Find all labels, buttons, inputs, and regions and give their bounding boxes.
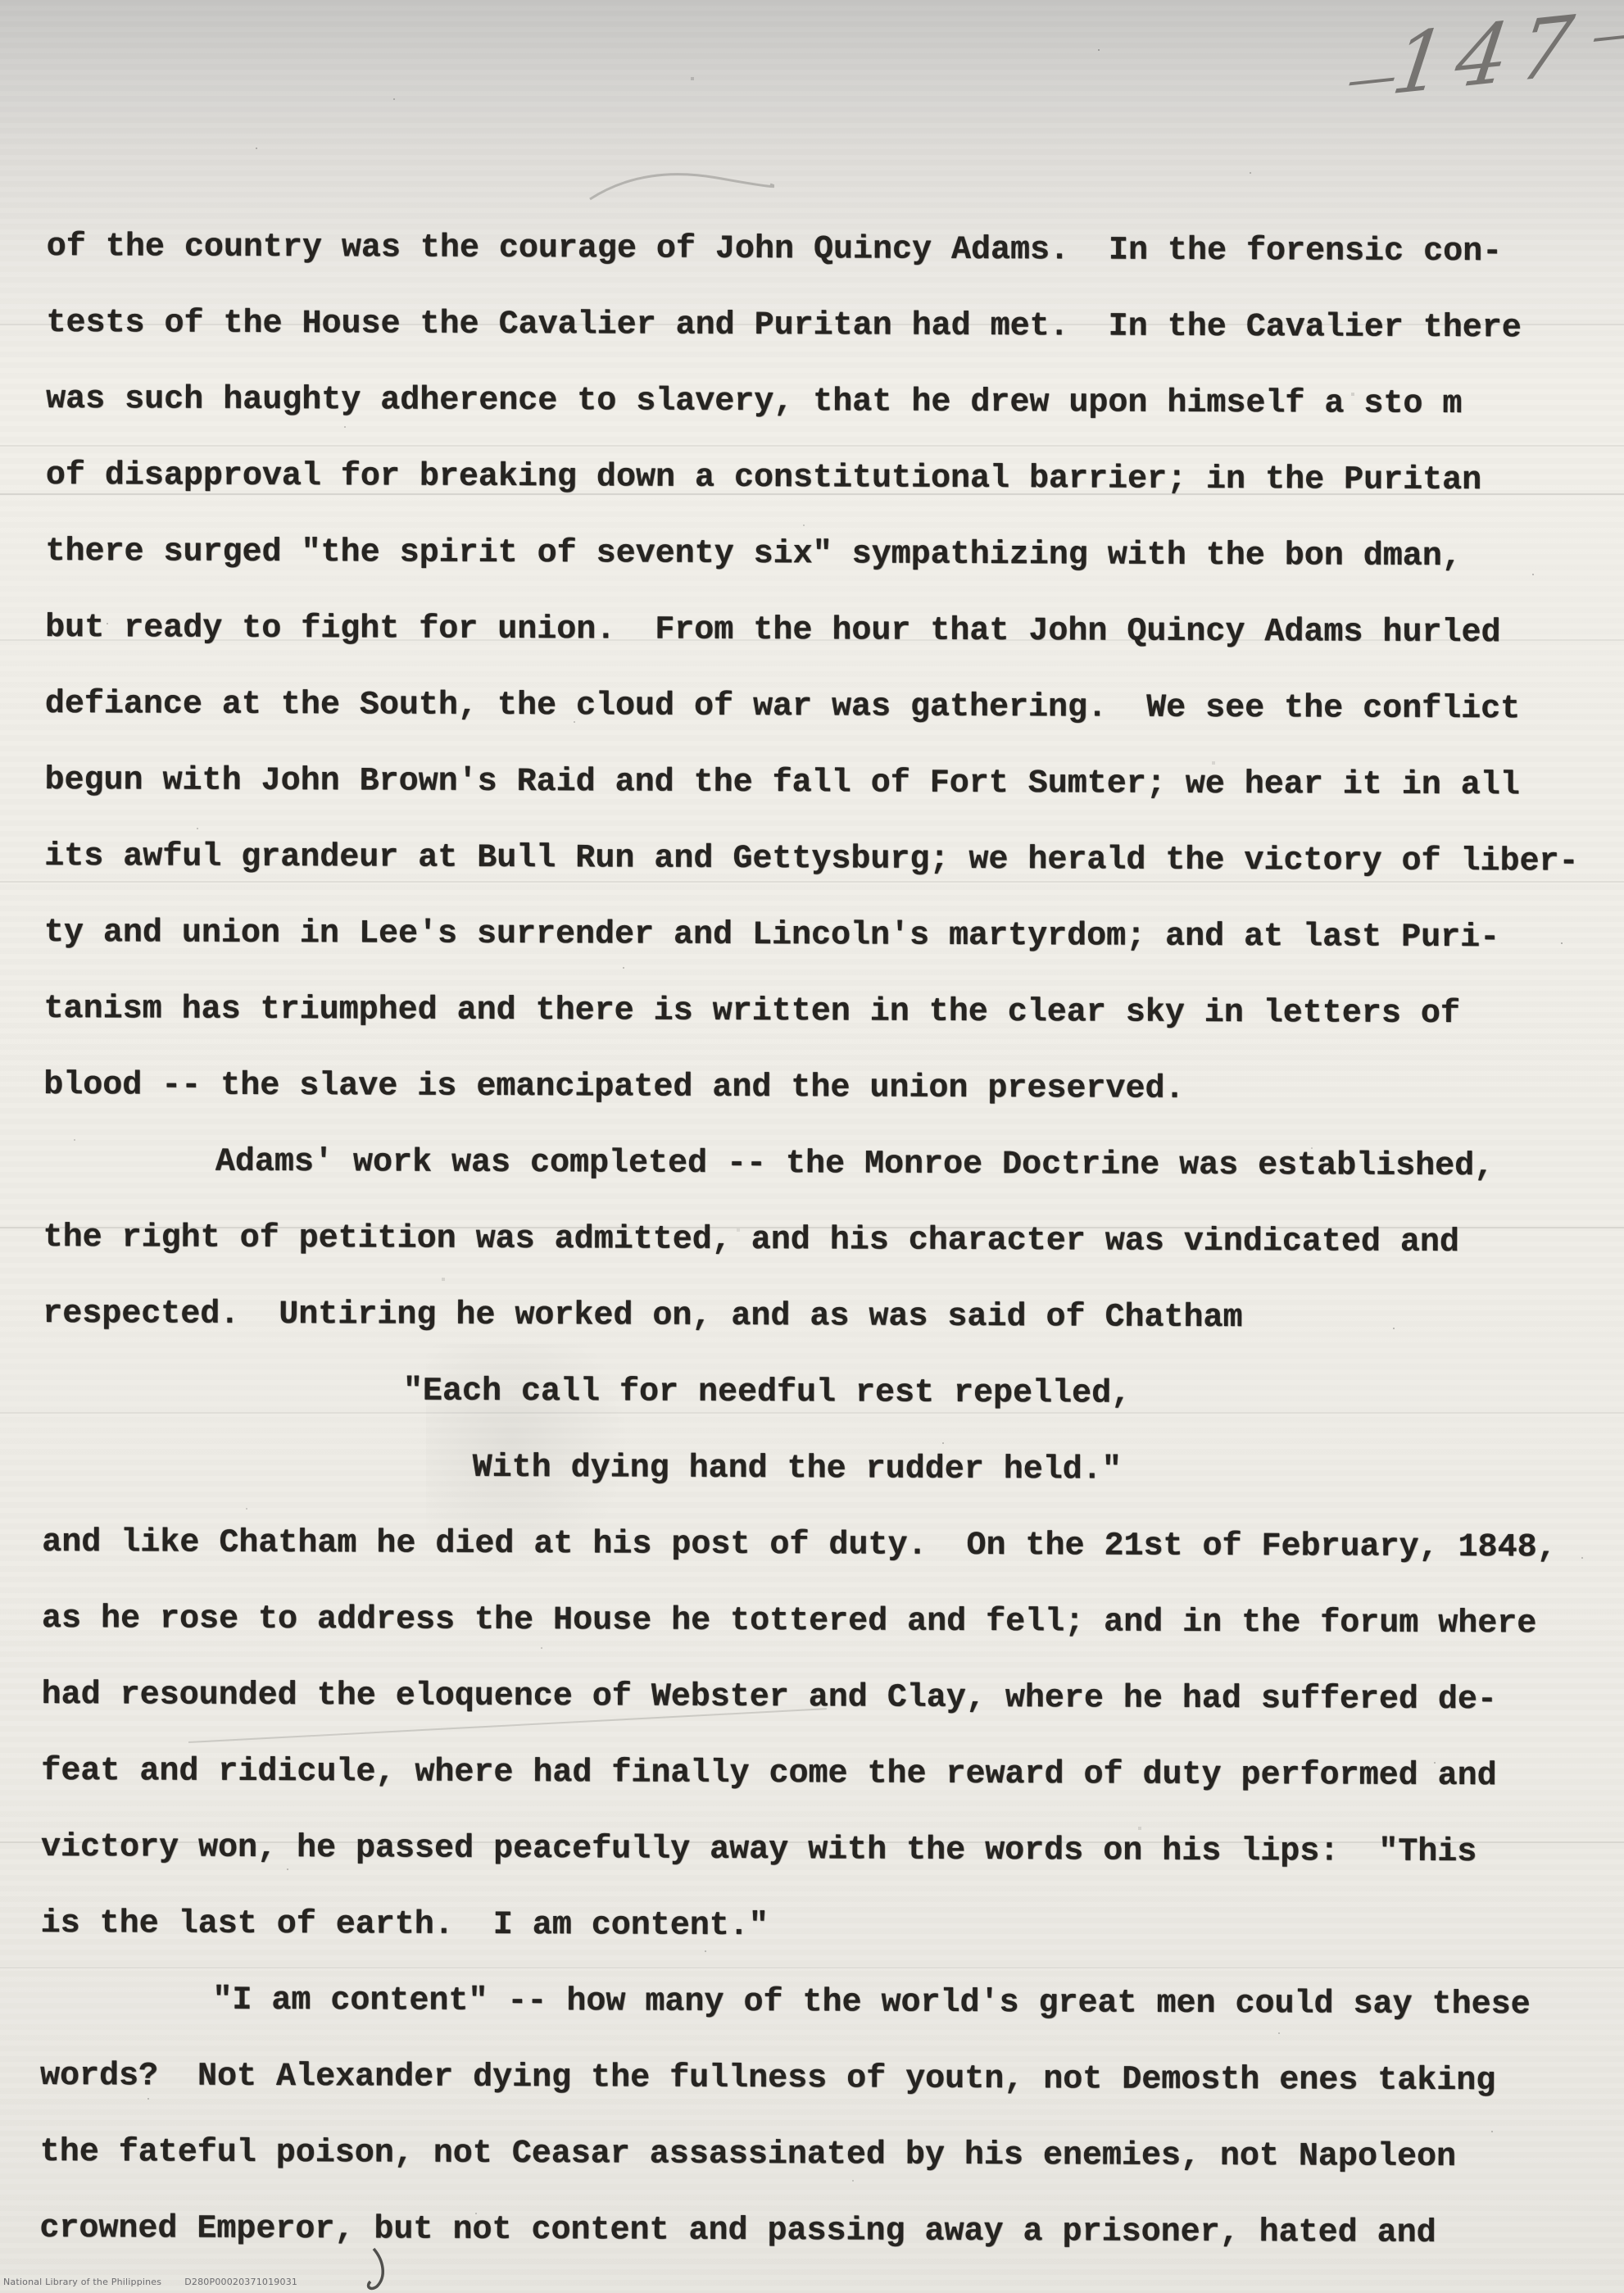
text-line: of the country was the courage of John Q… xyxy=(47,209,1587,291)
text-line: crowned Emperor, but not content and pas… xyxy=(39,2191,1580,2273)
text-line: tanism has triumphed and there is writte… xyxy=(43,971,1584,1053)
paper-specks xyxy=(0,0,2,2)
text-line: begun with John Brown's Raid and the fal… xyxy=(44,742,1585,824)
text-line: tests of the House the Cavalier and Puri… xyxy=(46,285,1586,367)
pencil-smudge-mark xyxy=(586,160,774,212)
page-number-digits: 147 xyxy=(1386,0,1590,113)
pencil-dash: — xyxy=(1344,46,1401,110)
text-line: feat and ridicule, where had finally com… xyxy=(41,1733,1581,1815)
library-watermark: National Library of the PhilippinesD280P… xyxy=(3,2277,297,2287)
pencil-dash: — xyxy=(1588,2,1624,66)
text-line: the right of petition was admitted, and … xyxy=(43,1200,1583,1282)
pen-hook-mark xyxy=(359,2247,400,2293)
text-line: of disapproval for breaking down a const… xyxy=(46,438,1586,520)
text-line: the fateful poison, not Ceasar assassina… xyxy=(40,2114,1581,2196)
text-line: there surged "the spirit of seventy six"… xyxy=(45,514,1585,596)
text-line: victory won, he passed peacefully away w… xyxy=(41,1809,1581,1891)
typewritten-text-block: of the country was the courage of John Q… xyxy=(39,209,1587,2273)
text-line: defiance at the South, the cloud of war … xyxy=(45,666,1585,748)
quote-line: "Each call for needful rest repelled, xyxy=(43,1352,1583,1434)
text-line: was such haughty adherence to slavery, t… xyxy=(46,361,1586,443)
text-line: blood -- the slave is emancipated and th… xyxy=(43,1047,1584,1129)
text-line: its awful grandeur at Bull Run and Getty… xyxy=(44,819,1585,901)
watermark-scan-id: D280P00020371019031 xyxy=(184,2277,297,2287)
watermark-library-name: National Library of the Philippines xyxy=(3,2277,161,2287)
quote-line: With dying hand the rudder held." xyxy=(42,1428,1582,1510)
text-line-paragraph-start: Adams' work was completed -- the Monroe … xyxy=(43,1124,1584,1206)
text-line: words? Not Alexander dying the fullness … xyxy=(40,2038,1581,2120)
text-line: had resounded the eloquence of Webster a… xyxy=(42,1657,1582,1739)
text-line: but ready to fight for union. From the h… xyxy=(45,590,1585,672)
text-line: as he rose to address the House he totte… xyxy=(42,1581,1582,1663)
handwritten-page-number: — 147 — xyxy=(1336,0,1624,132)
text-line-paragraph-start: "I am content" -- how many of the world'… xyxy=(40,1962,1581,2044)
text-line: is the last of earth. I am content." xyxy=(41,1886,1581,1968)
text-line: respected. Untiring he worked on, and as… xyxy=(43,1276,1583,1358)
text-line: ty and union in Lee's surrender and Linc… xyxy=(44,895,1585,977)
scanned-document-page: — 147 — of the country was the courage o… xyxy=(0,0,1624,2293)
text-line: and like Chatham he died at his post of … xyxy=(42,1505,1582,1587)
